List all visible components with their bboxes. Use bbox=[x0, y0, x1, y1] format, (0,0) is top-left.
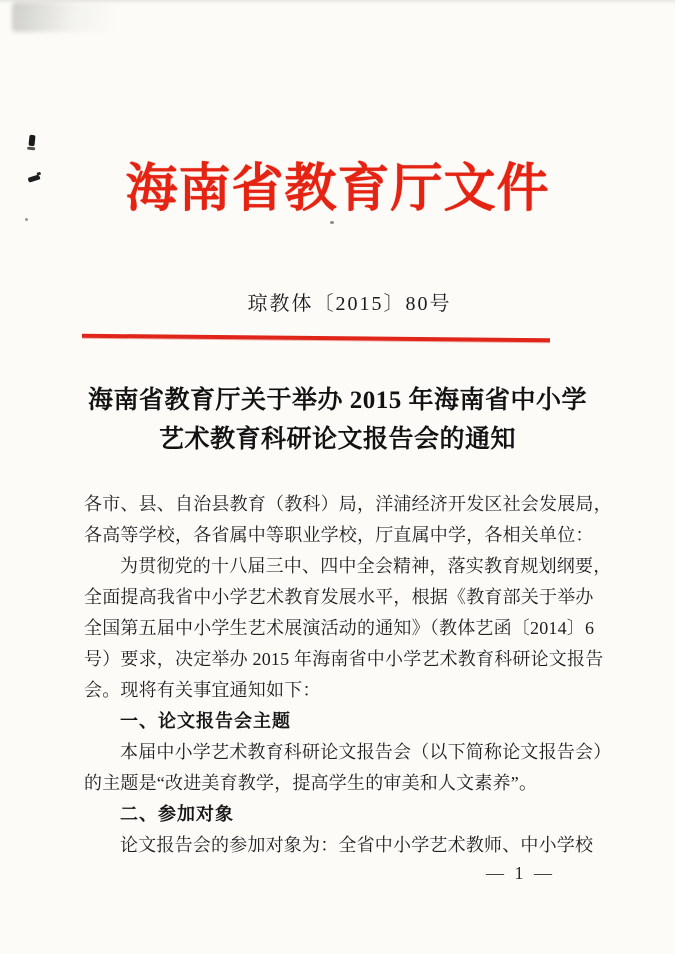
body-line-salutation: 各高等学校，各省属中等职业学校，厅直属中学，各相关单位： bbox=[84, 520, 590, 551]
document-body: 各市、县、自治县教育（教科）局，洋浦经济开发区社会发展局， 各高等学校，各省属中… bbox=[84, 489, 590, 861]
page-number: — 1 — bbox=[486, 863, 555, 884]
document-title-line: 海南省教育厅关于举办 2015 年海南省中小学 bbox=[0, 381, 675, 420]
body-line-paragraph: 本届中小学艺术教育科研论文报告会（以下简称论文报告会） bbox=[84, 737, 590, 768]
letterhead-org-title: 海南省教育厅文件 bbox=[0, 160, 675, 220]
body-line-paragraph: 全国第五届中小学生艺术展演活动的通知》（教体艺函〔2014〕6 bbox=[84, 613, 590, 644]
document-title-line: 艺术教育科研论文报告会的通知 bbox=[0, 420, 675, 459]
red-separator-rule bbox=[82, 334, 550, 342]
body-line-paragraph: 号）要求，决定举办 2015 年海南省中小学艺术教育科研论文报告 bbox=[84, 644, 590, 675]
scan-artifact-ink-mark bbox=[28, 135, 35, 147]
document-reference-number: 琼教体〔2015〕80号 bbox=[12, 287, 675, 316]
scan-edge-shadow bbox=[0, 0, 675, 4]
body-section-heading-2: 二、参加对象 bbox=[84, 799, 590, 830]
body-line-paragraph: 会。现将有关事宜通知如下： bbox=[84, 675, 590, 706]
body-line-paragraph: 的主题是“改进美育教学，提高学生的审美和人文素养”。 bbox=[84, 768, 590, 799]
body-line-salutation: 各市、县、自治县教育（教科）局，洋浦经济开发区社会发展局， bbox=[84, 489, 590, 520]
body-line-paragraph: 为贯彻党的十八届三中、四中全会精神，落实教育规划纲要， bbox=[84, 551, 590, 582]
body-line-paragraph: 论文报告会的参加对象为：全省中小学艺术教师、中小学校 bbox=[84, 830, 590, 861]
body-line-paragraph: 全面提高我省中小学艺术教育发展水平，根据《教育部关于举办 bbox=[84, 582, 590, 613]
scanned-document-page: 海南省教育厅文件 琼教体〔2015〕80号 海南省教育厅关于举办 2015 年海… bbox=[0, 0, 675, 954]
body-section-heading-1: 一、论文报告会主题 bbox=[84, 706, 590, 737]
scan-shadow-top-left bbox=[12, 2, 116, 32]
scan-artifact-speck bbox=[330, 221, 334, 224]
document-title: 海南省教育厅关于举办 2015 年海南省中小学 艺术教育科研论文报告会的通知 bbox=[0, 381, 675, 459]
